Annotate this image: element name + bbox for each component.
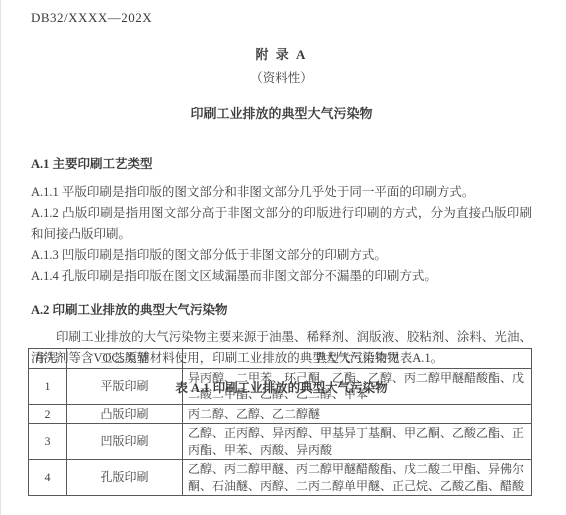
section-a2-heading: A.2 印刷工业排放的典型大气污染物: [31, 300, 532, 318]
table-row: 2凸版印刷丙二醇、乙醇、乙二醇醚: [29, 404, 532, 424]
appendix-label: 附 录 A: [31, 44, 532, 63]
column-header-pollutants: 典型大气污染物: [183, 349, 532, 369]
cell-process-type: 孔版印刷: [67, 460, 183, 496]
cell-process-type: 平版印刷: [67, 368, 183, 404]
cell-seq: 4: [29, 460, 67, 496]
cell-pollutants: 异丙醇、二甲苯、环己酮、乙酯、乙醇、丙二醇甲醚醋酸酯、戊二酸二甲酯、乙醇、乙二醇…: [183, 368, 532, 404]
pollutants-table: 序号 工艺类型 典型大气污染物 1平版印刷异丙醇、二甲苯、环己酮、乙酯、乙醇、丙…: [28, 348, 532, 496]
a1-paragraph: A.1.1 平版印刷是指印版的图文部分和非图文部分几乎处于同一平面的印刷方式。: [31, 182, 532, 203]
column-header-process: 工艺类型: [67, 349, 183, 369]
column-header-seq: 序号: [29, 349, 67, 369]
cell-seq: 3: [29, 424, 67, 460]
table-header-row: 序号 工艺类型 典型大气污染物: [29, 349, 532, 369]
a1-paragraph: A.1.3 凹版印刷是指印版的图文部分低于非图文部分的印刷方式。: [31, 245, 532, 266]
cell-pollutants: 乙醇、正丙醇、异丙醇、甲基异丁基酮、甲乙酮、乙酸乙酯、正丙酯、甲苯、丙酸、异丙酸: [183, 424, 532, 460]
document-page: DB32/XXXX—202X 附 录 A （资料性） 印刷工业排放的典型大气污染…: [0, 0, 566, 515]
table-row: 3凹版印刷乙醇、正丙醇、异丙醇、甲基异丁基酮、甲乙酮、乙酸乙酯、正丙酯、甲苯、丙…: [29, 424, 532, 460]
section-a1-paragraphs: A.1.1 平版印刷是指印版的图文部分和非图文部分几乎处于同一平面的印刷方式。A…: [31, 182, 532, 287]
table-row: 4孔版印刷乙醇、丙二醇甲醚、丙二醇甲醚醋酸酯、戊二酸二甲酯、异佛尔酮、石油醚、丙…: [29, 460, 532, 496]
cell-process-type: 凹版印刷: [67, 424, 183, 460]
a1-paragraph: A.1.2 凸版印刷是指用图文部分高于非图文部分的印版进行印刷的方式，分为直接凸…: [31, 203, 532, 245]
cell-pollutants: 丙二醇、乙醇、乙二醇醚: [183, 404, 532, 424]
cell-process-type: 凸版印刷: [67, 404, 183, 424]
a1-paragraph: A.1.4 孔版印刷是指印版在图文区域漏墨而非图文部分不漏墨的印刷方式。: [31, 266, 532, 287]
cell-seq: 1: [29, 368, 67, 404]
appendix-title: 印刷工业排放的典型大气污染物: [31, 103, 532, 122]
table-row: 1平版印刷异丙醇、二甲苯、环己酮、乙酯、乙醇、丙二醇甲醚醋酸酯、戊二酸二甲酯、乙…: [29, 368, 532, 404]
cell-pollutants: 乙醇、丙二醇甲醚、丙二醇甲醚醋酸酯、戊二酸二甲酯、异佛尔酮、石油醚、丙醇、二丙二…: [183, 460, 532, 496]
page-content: 附 录 A （资料性） 印刷工业排放的典型大气污染物 A.1 主要印刷工艺类型 …: [31, 0, 532, 396]
appendix-type: （资料性）: [31, 68, 532, 86]
cell-seq: 2: [29, 404, 67, 424]
section-a1-heading: A.1 主要印刷工艺类型: [31, 154, 532, 172]
